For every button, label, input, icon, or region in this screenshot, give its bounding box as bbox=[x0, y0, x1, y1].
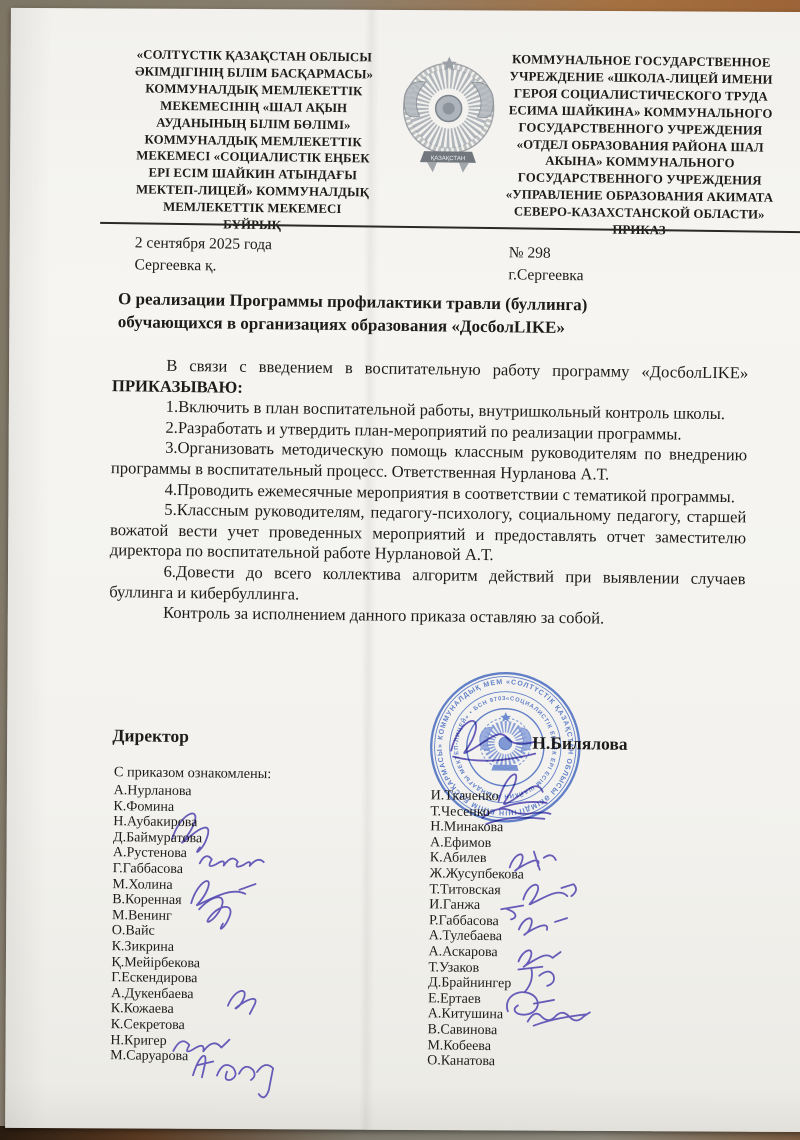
signature-uzakov bbox=[518, 966, 554, 991]
signature-ertaev bbox=[507, 992, 554, 1015]
signature-askarova bbox=[518, 950, 560, 967]
scanned-photo: «СОЛТҮСТІК ҚАЗАҚСТАН ОБЛЫСЫ ӘКІМДІГІНІҢ … bbox=[0, 0, 800, 1140]
signature-dukenbaeva bbox=[228, 991, 256, 1014]
signature-kitushina bbox=[528, 1012, 590, 1027]
signature-rustenova bbox=[200, 856, 264, 867]
signature-saruarova bbox=[193, 1056, 274, 1098]
signature-chesenko bbox=[482, 809, 550, 825]
signature-abilev bbox=[510, 851, 556, 871]
signature-tkachenko bbox=[498, 774, 546, 809]
signature-ganzha bbox=[501, 905, 523, 919]
signature-titovskaya bbox=[523, 884, 576, 905]
signature-fomina bbox=[172, 813, 209, 852]
signature-gabbasova bbox=[519, 917, 567, 935]
document-content: «СОЛТҮСТІК ҚАЗАҚСТАН ОБЛЫСЫ ӘКІМДІГІНІҢ … bbox=[0, 5, 800, 1136]
signature-kriger bbox=[173, 1039, 229, 1052]
document-page: «СОЛТҮСТІК ҚАЗАҚСТАН ОБЛЫСЫ ӘКІМДІГІНІҢ … bbox=[5, 8, 800, 1132]
signature-director bbox=[451, 721, 536, 762]
ink-signatures-overlay bbox=[0, 5, 800, 1136]
